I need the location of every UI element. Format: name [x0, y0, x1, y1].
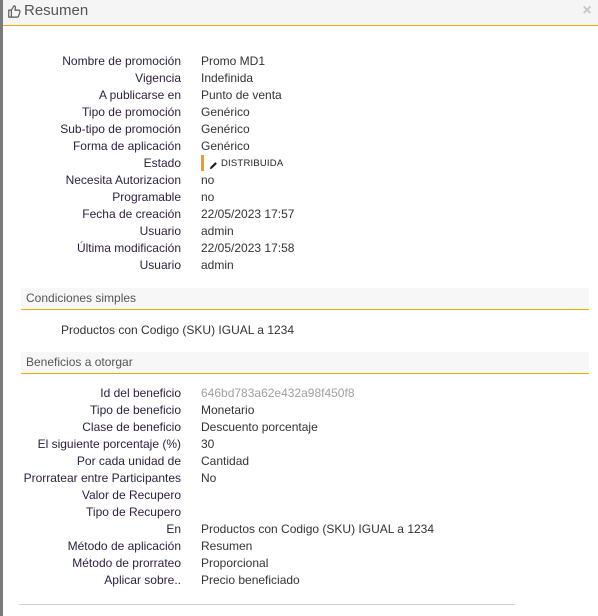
field-label: Tipo de promoción [82, 104, 181, 121]
field-label: Usuario [140, 257, 181, 274]
field-value: Cantidad [201, 453, 249, 470]
field-value: Monetario [201, 402, 254, 419]
benefit-row: Método de aplicaciónResumen [3, 538, 598, 555]
field-value: admin [201, 257, 234, 274]
field-label: Fecha de creación [82, 206, 181, 223]
summary-row: Tipo de promociónGenérico [3, 104, 598, 121]
field-label: Valor de Recupero [82, 487, 181, 504]
summary-modal: Resumen × Nombre de promociónPromo MD1Vi… [0, 0, 598, 616]
pencil-icon [209, 159, 218, 168]
field-label: Método de prorrateo [72, 555, 181, 572]
modal-header: Resumen × [3, 0, 598, 26]
field-label: A publicarse en [99, 87, 181, 104]
field-label: Sub-tipo de promoción [60, 121, 181, 138]
condition-item: Productos con Codigo (SKU) IGUAL a 1234 [61, 322, 294, 339]
benefit-row: Tipo de Recupero [3, 504, 598, 521]
conditions-section-header: Condiciones simples [21, 288, 589, 310]
benefit-row: El siguiente porcentaje (%)30 [3, 436, 598, 453]
summary-row: A publicarse enPunto de venta [3, 87, 598, 104]
field-label: Tipo de beneficio [90, 402, 181, 419]
field-label: Por cada unidad de [77, 453, 181, 470]
benefit-row: Clase de beneficioDescuento porcentaje [3, 419, 598, 436]
summary-row: Necesita Autorizacionno [3, 172, 598, 189]
field-value: Productos con Codigo (SKU) IGUAL a 1234 [201, 521, 434, 538]
field-value: 646bd783a62e432a98f450f8 [201, 385, 355, 402]
benefit-row: Método de prorrateoProporcional [3, 555, 598, 572]
summary-row: Última modificación22/05/2023 17:58 [3, 240, 598, 257]
field-label: Prorratear entre Participantes [24, 470, 181, 487]
benefit-row: Por cada unidad deCantidad [3, 453, 598, 470]
status-tag: DISTRIBUIDA [201, 155, 283, 171]
summary-row: Forma de aplicaciónGenérico [3, 138, 598, 155]
summary-row: EstadoDISTRIBUIDA [3, 155, 598, 172]
field-label: Tipo de Recupero [86, 504, 181, 521]
thumbs-up-icon [7, 4, 21, 18]
benefit-row: Id del beneficio646bd783a62e432a98f450f8 [3, 385, 598, 402]
field-label: El siguiente porcentaje (%) [38, 436, 181, 453]
field-value: no [201, 189, 214, 206]
field-value: Resumen [201, 538, 252, 555]
benefit-row: EnProductos con Codigo (SKU) IGUAL a 123… [3, 521, 598, 538]
summary-row: Fecha de creación22/05/2023 17:57 [3, 206, 598, 223]
field-value: Descuento porcentaje [201, 419, 318, 436]
benefit-row: Valor de Recupero [3, 487, 598, 504]
field-value: Punto de venta [201, 87, 282, 104]
field-label: Necesita Autorizacion [66, 172, 181, 189]
benefits-section-header: Beneficios a otorgar [21, 352, 589, 374]
field-label: Aplicar sobre.. [104, 572, 181, 589]
field-label: Id del beneficio [100, 385, 181, 402]
summary-row: Nombre de promociónPromo MD1 [3, 53, 598, 70]
field-label: Usuario [140, 223, 181, 240]
summary-row: Usuarioadmin [3, 257, 598, 274]
field-value: Genérico [201, 121, 250, 138]
field-label: En [166, 521, 181, 538]
benefit-row: Tipo de beneficioMonetario [3, 402, 598, 419]
field-value: Proporcional [201, 555, 268, 572]
field-label: Forma de aplicación [73, 138, 181, 155]
summary-row: VigenciaIndefinida [3, 70, 598, 87]
summary-row: Programableno [3, 189, 598, 206]
field-value: Genérico [201, 138, 250, 155]
footer-divider [19, 604, 515, 605]
field-value: admin [201, 223, 234, 240]
field-value: Precio beneficiado [201, 572, 300, 589]
modal-title: Resumen [7, 1, 88, 21]
summary-details: Nombre de promociónPromo MD1VigenciaInde… [3, 53, 598, 274]
close-icon: × [582, 2, 591, 19]
summary-row: Sub-tipo de promociónGenérico [3, 121, 598, 138]
field-label: Método de aplicación [68, 538, 181, 555]
benefit-row: Prorratear entre ParticipantesNo [3, 470, 598, 487]
field-value: Genérico [201, 104, 250, 121]
status-text: DISTRIBUIDA [221, 155, 283, 172]
benefit-details: Id del beneficio646bd783a62e432a98f450f8… [3, 385, 598, 589]
benefit-row: Aplicar sobre..Precio beneficiado [3, 572, 598, 589]
field-value: 22/05/2023 17:57 [201, 206, 294, 223]
field-value: 30 [201, 436, 214, 453]
field-label: Vigencia [135, 70, 181, 87]
field-value: 22/05/2023 17:58 [201, 240, 294, 257]
modal-title-text: Resumen [24, 1, 88, 21]
field-label: Clase de beneficio [82, 419, 181, 436]
field-value: Promo MD1 [201, 53, 265, 70]
field-label: Programable [112, 189, 181, 206]
close-button[interactable]: × [580, 2, 594, 20]
field-value: Indefinida [201, 70, 253, 87]
summary-row: Usuarioadmin [3, 223, 598, 240]
field-label: Estado [144, 155, 181, 172]
field-value: no [201, 172, 214, 189]
field-label: Última modificación [77, 240, 181, 257]
field-label: Nombre de promoción [62, 53, 181, 70]
field-value: No [201, 470, 216, 487]
